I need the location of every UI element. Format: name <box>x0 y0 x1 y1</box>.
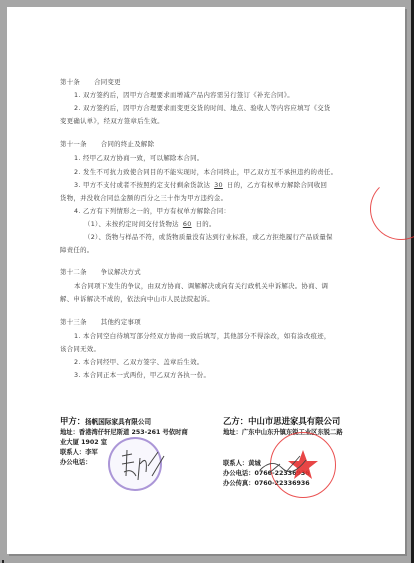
party-a-name: 扬帆国际家具有限公司 <box>85 418 151 426</box>
clause-line: 2. 双方签约后，因甲方合理要求而变更交货的时间、地点、验收人等内容应填写《交货 <box>74 104 331 112</box>
party-b-signature <box>256 450 326 480</box>
clause-text: （1）、未按约定时间交付货物达 <box>84 220 179 228</box>
section-number: 第十一条 <box>60 140 87 148</box>
clause-line: 1. 双方签约后，因甲方合理要求而增减产品内容需另行签订《补充合同》。 <box>74 91 294 99</box>
section-heading: 第十二条争议解决方式 <box>60 268 141 276</box>
clause-line: 变更确认单》，经双方签章后生效。 <box>60 117 164 125</box>
clause-line: 解、申诉解决不成的，依法向中山市人民法院起诉。 <box>60 295 214 303</box>
clause-text: 3. 甲方不支付或者不按照约定支付剩余货款达 <box>74 181 210 189</box>
clause-line: 本合同项下发生的争议，由双方协商、调解解决或向有关行政机关申诉解决。协商、调 <box>74 282 328 290</box>
contract-page <box>7 7 405 554</box>
clause-line: 1. 经甲乙双方协商一致，可以解除本合同。 <box>74 154 203 162</box>
section-title: 争议解决方式 <box>101 268 141 276</box>
section-heading: 第十三条其他约定事项 <box>60 318 141 326</box>
clause-line: 4. 乙方有下列情形之一的，甲方有权单方解除合同： <box>74 207 230 215</box>
party-a-contact: 联系人：李军 <box>60 448 98 457</box>
section-title: 其他约定事项 <box>101 318 141 326</box>
clause-line: （2）、货物与样品不符，或货物质量没有达到行业标准，或乙方拒绝履行产品质量保 <box>84 233 333 241</box>
clause-line: 3. 本合同正本一式两份，甲乙双方各执一份。 <box>74 371 210 379</box>
section-number: 第十三条 <box>60 318 87 326</box>
party-b-address: 地址：广东中山东升镇东锐工业区东锐二路 <box>223 428 343 437</box>
clause-line: 2. 发生不可抗力致使合同目的不能实现时，本合同终止，甲乙双方互不承担违约的责任… <box>74 168 337 176</box>
section-number: 第十二条 <box>60 268 87 276</box>
party-b-label: 乙方： <box>223 416 248 426</box>
clause-line: 障责任的。 <box>60 246 93 254</box>
party-a-signature <box>118 446 168 486</box>
party-a-address-2: 业大厦 1902 室 <box>60 438 107 447</box>
clause-line: 2. 本合同经甲、乙双方签字、盖章后生效。 <box>74 358 203 366</box>
section-number: 第十条 <box>60 78 80 86</box>
payment-overdue-days: 30 <box>210 181 227 189</box>
clause-line: （1）、未按约定时间交付货物达60日的。 <box>84 220 216 228</box>
party-b-name: 中山市思进家具有限公司 <box>248 416 340 426</box>
section-title: 合同的终止及解除 <box>101 140 155 148</box>
section-heading: 第十条合同变更 <box>60 78 121 86</box>
party-a-phone: 办公电话： <box>60 458 91 467</box>
clause-line: 货物，并没收合同总金额的百分之三十作为甲方违约金。 <box>60 194 227 202</box>
clause-line: 该合同无效。 <box>60 345 100 353</box>
party-a-address: 地址：香港湾仔轩尼斯道 253-261 号依时商 <box>60 428 188 437</box>
section-title: 合同变更 <box>94 78 121 86</box>
clause-line: 3. 甲方不支付或者不按照约定支付剩余货款达30日的，乙方有权单方解除合同收回 <box>74 181 327 189</box>
clause-text: 日的，乙方有权单方解除合同收回 <box>227 181 327 189</box>
party-a-label: 甲方： <box>60 416 85 426</box>
party-a-heading: 甲方：扬帆国际家具有限公司 <box>60 415 151 427</box>
section-heading: 第十一条合同的终止及解除 <box>60 140 154 148</box>
delivery-overdue-days: 60 <box>179 220 196 228</box>
clause-line: 1. 本合同空白待填写部分经双方协商一致后填写，其他部分不得涂改，如有涂改痕迹， <box>74 332 331 340</box>
clause-text: 日的。 <box>196 220 216 228</box>
party-b-heading: 乙方：中山市思进家具有限公司 <box>223 415 340 427</box>
